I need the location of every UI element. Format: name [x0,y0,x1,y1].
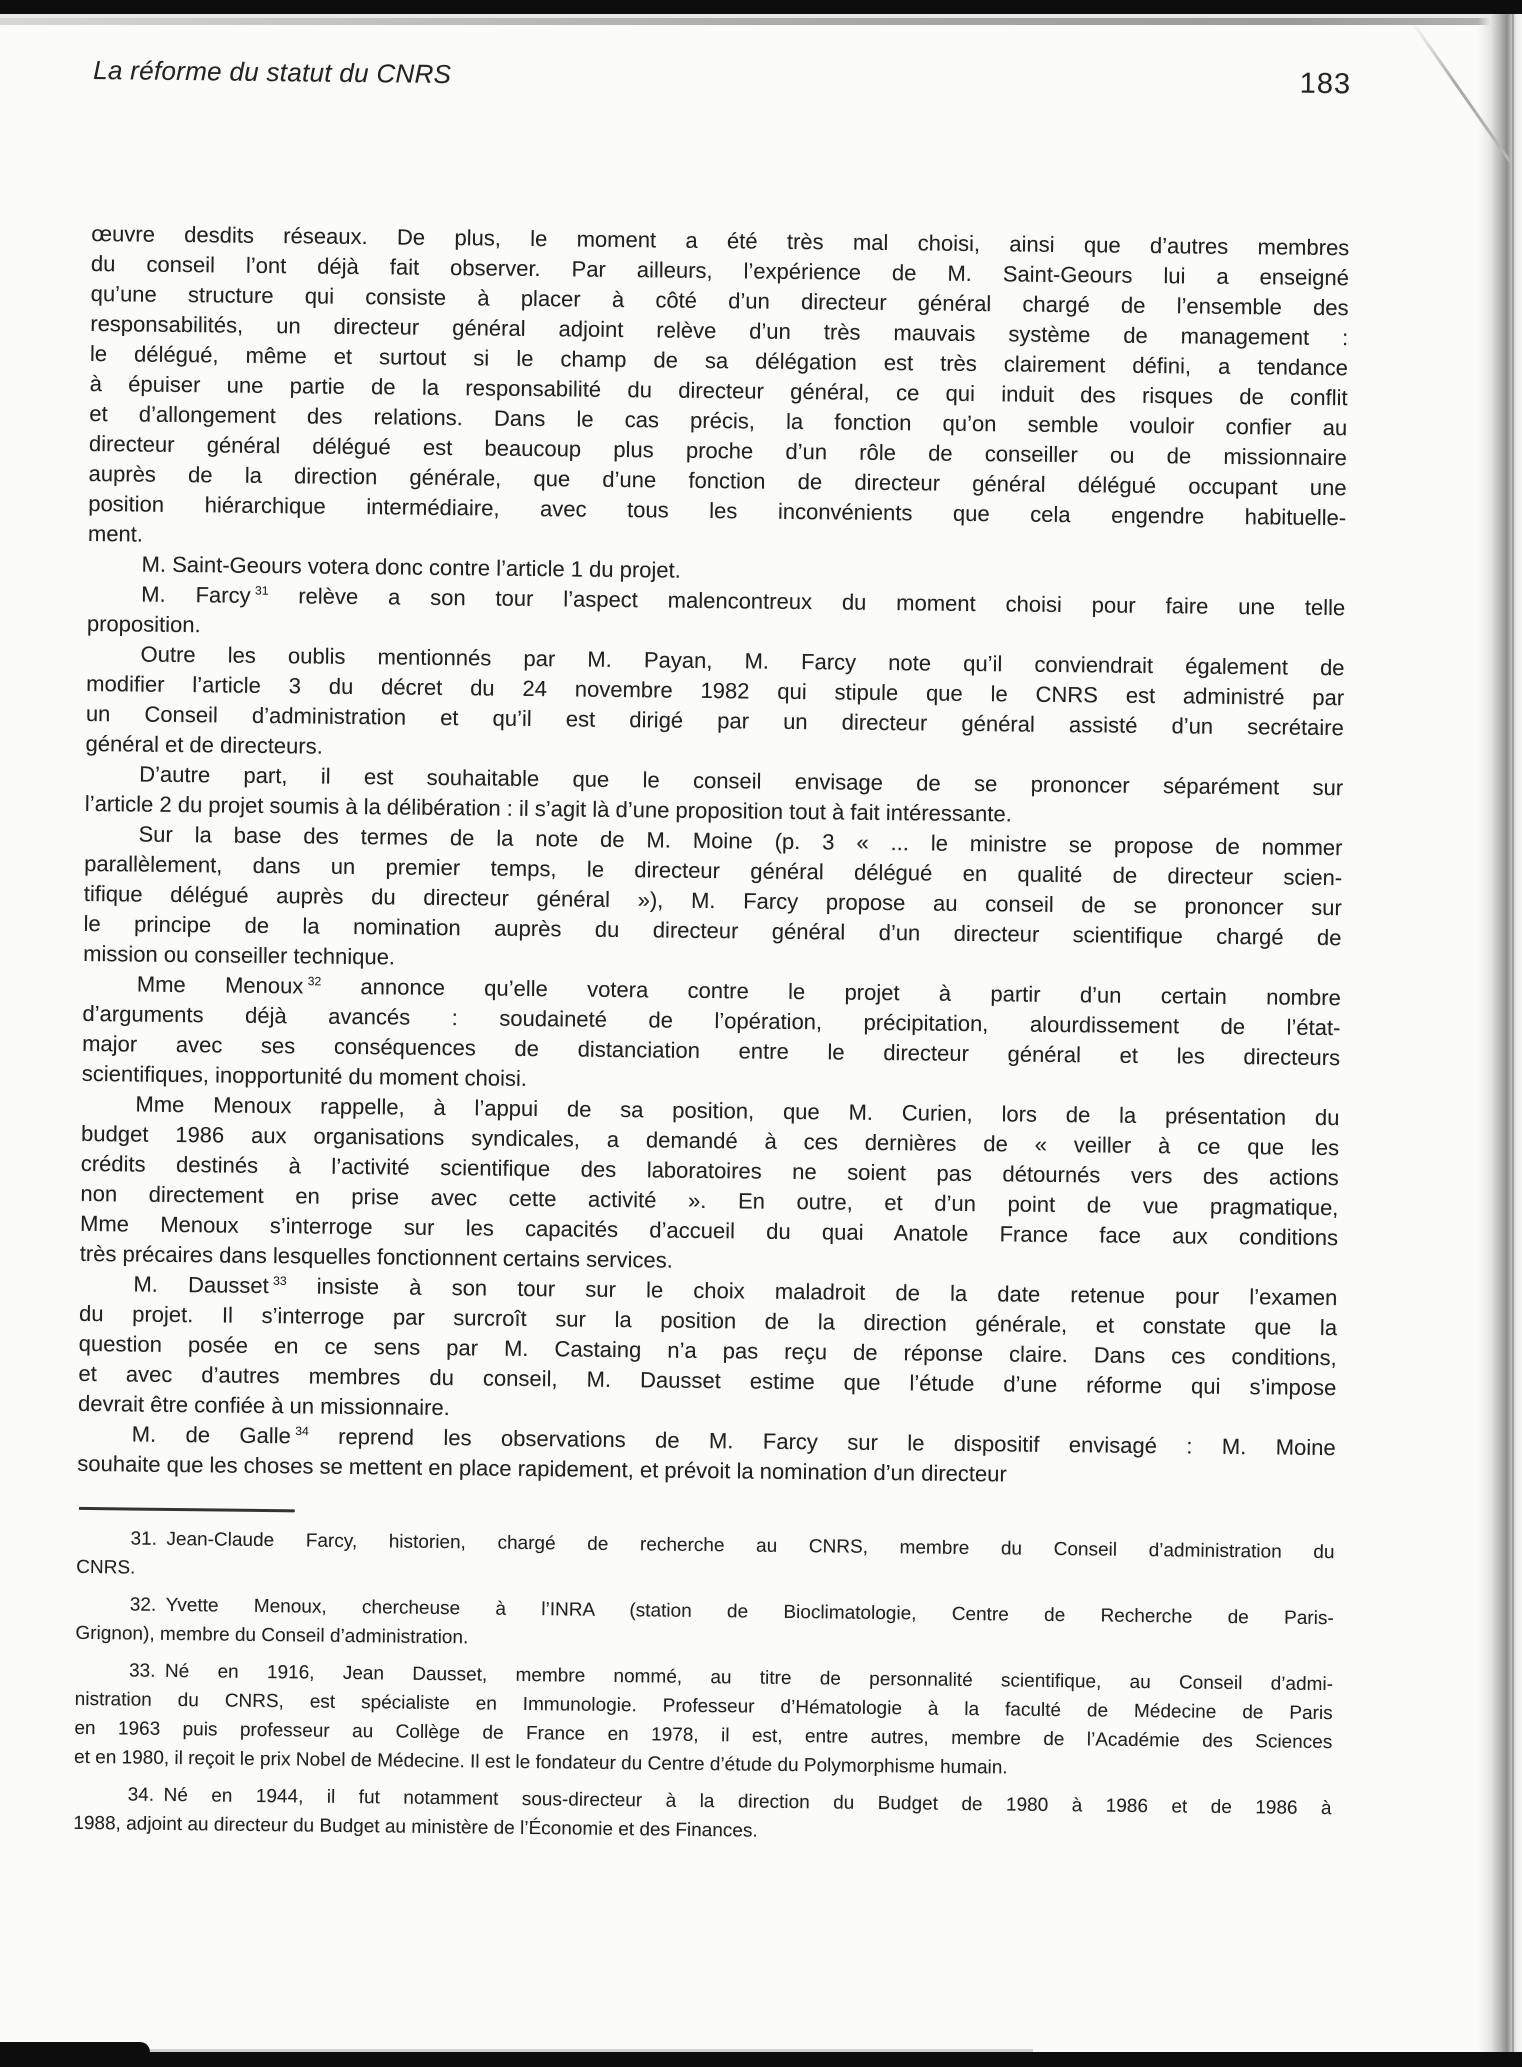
page-header: La réforme du statut du CNRS 183 [93,54,1351,101]
body-paragraph: Outre les oublis mentionnés par M. Payan… [85,639,1344,773]
body-paragraph: Mme Menoux rappelle, à l’appui de sa pos… [80,1089,1340,1283]
body-paragraph: œuvre desdits réseaux. De plus, le momen… [88,219,1350,563]
scanned-book-page: La réforme du statut du CNRS 183 œuvre d… [0,0,1522,2067]
running-title: La réforme du statut du CNRS [93,55,451,90]
footnote: 33. Né en 1916, Jean Dausset, membre nom… [74,1656,1333,1786]
footnote-separator-rule [79,1507,295,1512]
page-number: 183 [1300,68,1352,102]
scanner-bottom-bar [0,2052,1522,2067]
body-paragraph: Mme Menoux 32 annonce qu’elle votera con… [82,969,1341,1103]
footnote: 31. Jean-Claude Farcy, historien, chargé… [76,1524,1335,1596]
body-text: œuvre desdits réseaux. De plus, le momen… [77,219,1349,1493]
footnotes-list: 31. Jean-Claude Farcy, historien, chargé… [73,1524,1334,1852]
body-paragraph: M. de Galle 34 reprend les observations … [77,1419,1336,1493]
footnote: 34. Né en 1944, il fut notamment sous-di… [73,1780,1332,1852]
book-right-edge-shadow [1478,14,1522,2053]
page-content: La réforme du statut du CNRS 183 œuvre d… [73,0,1352,1860]
footnote-ref: 33 [273,1274,287,1288]
footnote-ref: 31 [255,584,269,598]
body-paragraph: Sur la base des termes de la note de M. … [83,819,1343,983]
footnote: 32. Yvette Menoux, chercheuse à l’INRA (… [75,1590,1334,1662]
footnote-ref: 34 [295,1424,309,1438]
body-paragraph: M. Dausset 33 insiste à son tour sur le … [78,1269,1338,1433]
footnote-ref: 32 [308,974,322,988]
